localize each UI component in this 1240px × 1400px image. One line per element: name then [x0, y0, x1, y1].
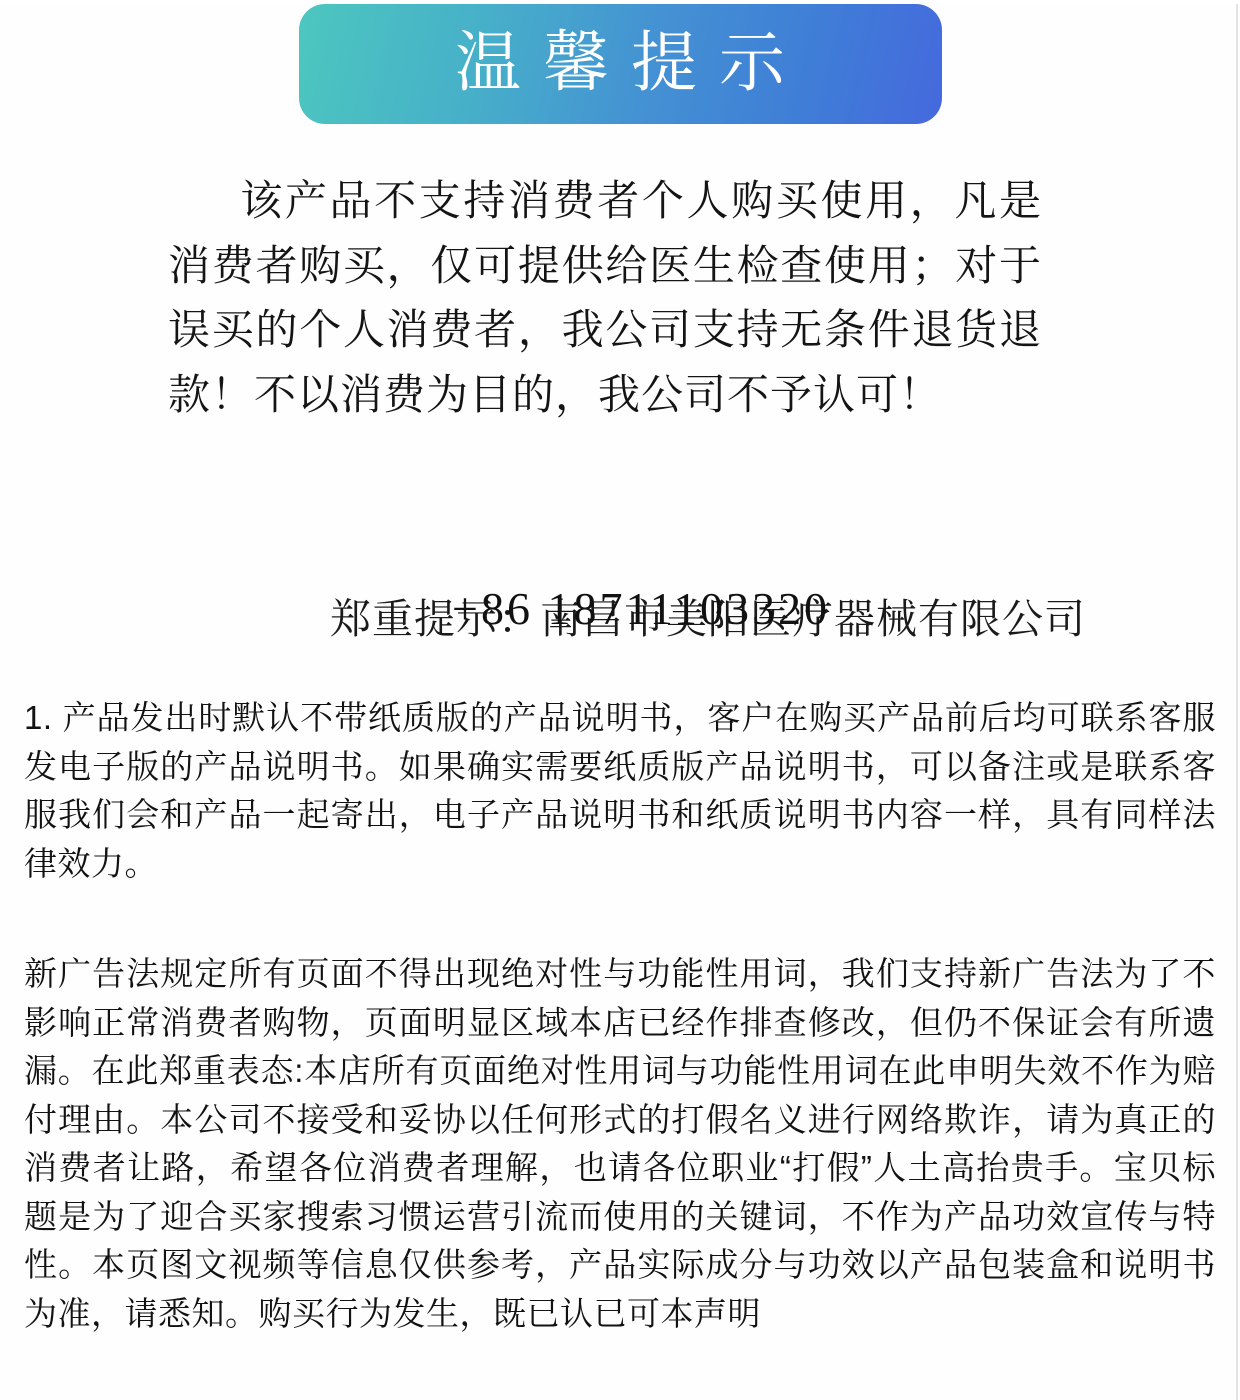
right-edge-divider [1236, 4, 1238, 1400]
manual-policy-paragraph: 1. 产品发出时默认不带纸质版的产品说明书，客户在购买产品前后均可联系客服发电子… [24, 694, 1216, 888]
notice-page: 温馨提示 该产品不支持消费者个人购买使用，凡是消费者购买，仅可提供给医生检查使用… [0, 4, 1240, 1400]
header-banner: 温馨提示 [299, 4, 942, 124]
page-title: 温馨提示 [433, 31, 807, 97]
phone-number-text: +86 18711103320 [452, 582, 830, 635]
purchase-restriction-notice: 该产品不支持消费者个人购买使用，凡是消费者购买，仅可提供给医生检查使用；对于误买… [168, 170, 1042, 428]
company-phone-overlap-line: 郑重提示：南昌市美阳医疗器械有限公司 +86 18711103320 [0, 586, 1240, 638]
advertising-law-disclaimer-paragraph: 新广告法规定所有页面不得出现绝对性与功能性用词，我们支持新广告法为了不影响正常消… [24, 950, 1216, 1338]
